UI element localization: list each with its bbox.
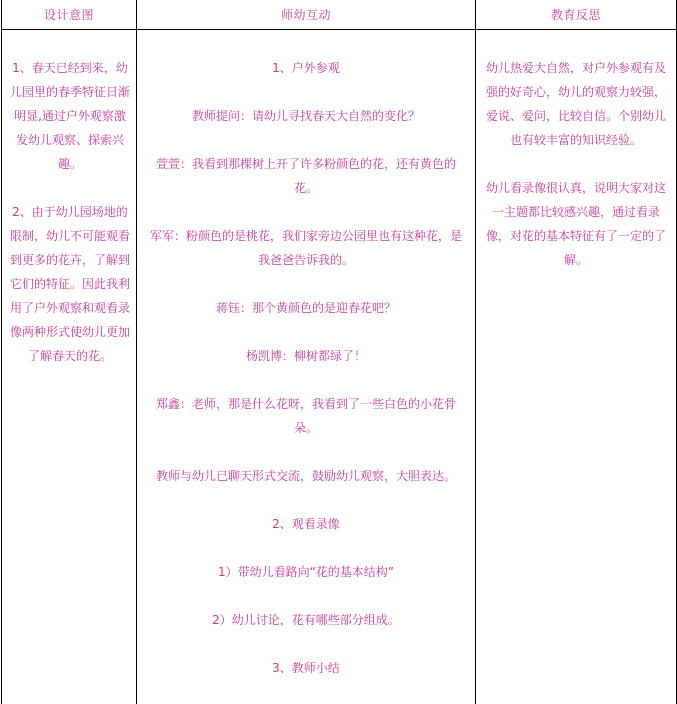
interaction-line: 军军：粉颜色的是桃花，我们家旁边公园里也有这种花，是我爸爸告诉我的。 [145,224,467,272]
design-intent-paragraph: 1、春天已经到来，幼儿园里的春季特征日渐明显,通过户外观察激发幼儿观察、探索兴趣… [10,56,130,176]
interaction-line: 2）幼儿讨论，花有哪些部分组成。 [145,608,467,632]
interaction-line: 郑鑫：老师，那是什么花呀，我看到了一些白色的小花骨朵。 [145,392,467,440]
header-teacher-child-interaction: 师幼互动 [137,0,476,30]
reflection-paragraph: 幼儿热爱大自然，对户外参观有及强的好奇心，幼儿的观察力较强，爱说、爱问，比较自信… [486,56,666,152]
interaction-section-title: 1、户外参观 [145,56,467,80]
reflection-paragraph: 幼儿看录像很认真，说明大家对这一主题都比较感兴趣，通过看录像，对花的基本特征有了… [486,176,666,272]
header-design-intent: 设计意图 [2,0,137,30]
interaction-line: 萱萱：我看到那棵树上开了许多粉颜色的花，还有黄色的花。 [145,152,467,200]
interaction-line: 教师与幼儿已聊天形式交流，鼓励幼儿观察，大胆表达。 [145,464,467,488]
content-row: 1、春天已经到来，幼儿园里的春季特征日渐明显,通过户外观察激发幼儿观察、探索兴趣… [2,30,677,704]
reflection-cell: 幼儿热爱大自然，对户外参观有及强的好奇心，幼儿的观察力较强，爱说、爱问，比较自信… [476,30,677,704]
design-intent-cell: 1、春天已经到来，幼儿园里的春季特征日渐明显,通过户外观察激发幼儿观察、探索兴趣… [2,30,137,704]
lesson-plan-table: 设计意图 师幼互动 教育反思 1、春天已经到来，幼儿园里的春季特征日渐明显,通过… [1,0,677,704]
header-education-reflection: 教育反思 [476,0,677,30]
header-row: 设计意图 师幼互动 教育反思 [2,0,677,30]
interaction-section-title: 3、教师小结 [145,656,467,680]
design-intent-paragraph: 2、由于幼儿园场地的限制，幼儿不可能观看到更多的花卉，了解到它们的特征。因此我利… [10,200,130,368]
interaction-line: 杨凯博：柳树都绿了！ [145,344,467,368]
interaction-line: 1）带幼儿看路向“花的基本结构” [145,560,467,584]
interaction-line: 蒋钰：那个黄颜色的是迎春花吧？ [145,296,467,320]
interaction-section-title: 2、观看录像 [145,512,467,536]
interaction-cell: 1、户外参观 教师提问：请幼儿寻找春天大自然的变化？ 萱萱：我看到那棵树上开了许… [137,30,476,704]
interaction-line: 教师提问：请幼儿寻找春天大自然的变化？ [145,104,467,128]
